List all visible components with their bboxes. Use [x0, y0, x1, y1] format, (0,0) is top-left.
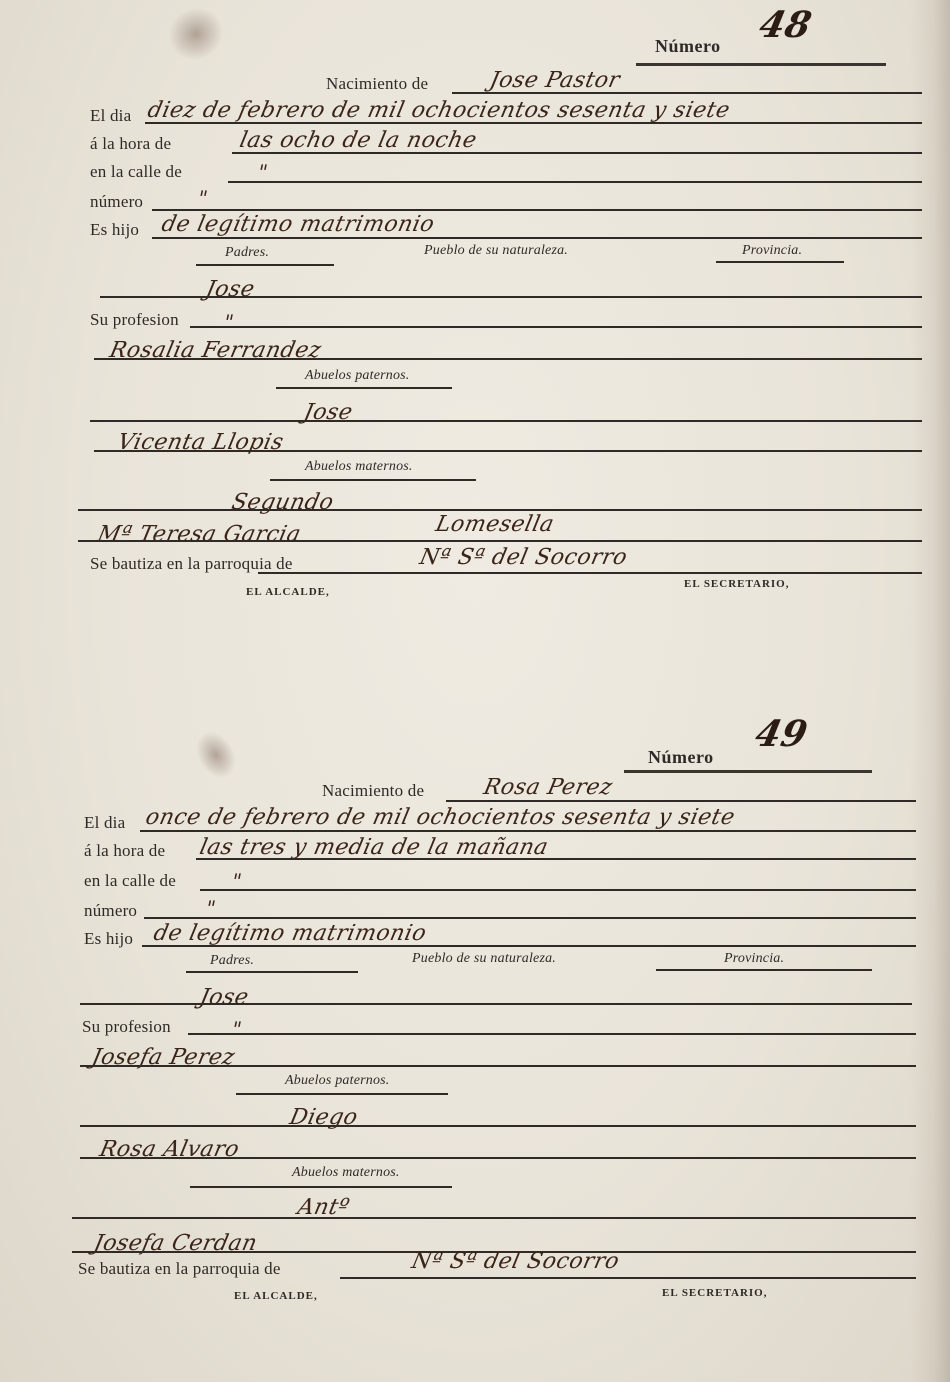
- rule: [190, 1186, 452, 1188]
- rule: [152, 237, 922, 239]
- ink-smudge: [188, 724, 244, 785]
- es-hijo-label: Es hijo: [90, 220, 139, 240]
- rule: [656, 969, 872, 971]
- profesion-label: Su profesion: [82, 1017, 171, 1037]
- abuelos-paternos-label: Abuelos paternos.: [285, 1073, 390, 1089]
- maternal-grandfather: Segundo: [229, 490, 336, 515]
- rule: [140, 830, 916, 832]
- rule: [152, 209, 922, 211]
- rule: [80, 1003, 912, 1005]
- rule: [446, 800, 916, 802]
- hora-label: á la hora de: [90, 134, 171, 154]
- parish: Nª Sª del Socorro: [417, 545, 629, 570]
- rule: [276, 387, 452, 389]
- rule: [186, 971, 358, 973]
- maternal-grandmother: Mª Teresa Garcia: [95, 522, 303, 547]
- rule: [80, 1157, 916, 1159]
- provincia-label: Provincia.: [724, 951, 784, 967]
- numero-underline: [624, 770, 872, 773]
- es-hijo-label: Es hijo: [84, 929, 133, 949]
- parish: Nª Sª del Socorro: [409, 1249, 621, 1274]
- rule: [80, 1065, 916, 1067]
- rule: [78, 540, 922, 542]
- secretario-signature-label: EL SECRETARIO,: [684, 578, 790, 590]
- alcalde-signature-label: EL ALCALDE,: [246, 586, 330, 598]
- numero-label: Número: [648, 747, 714, 768]
- numero-field-label: número: [84, 901, 137, 921]
- rule: [72, 1217, 916, 1219]
- numero-label: Número: [655, 36, 721, 57]
- profession: ": [229, 1017, 244, 1041]
- rule: [90, 420, 922, 422]
- birth-time: las tres y media de la mañana: [197, 835, 550, 860]
- record-number: 48: [756, 4, 816, 46]
- birth-date: once de febrero de mil ochocientos sesen…: [143, 805, 737, 830]
- numero-underline: [636, 63, 886, 66]
- legitimacy: de legítimo matrimonio: [151, 921, 429, 946]
- record-number: 49: [752, 713, 812, 755]
- birth-date: diez de febrero de mil ochocientos sesen…: [145, 98, 732, 123]
- abuelos-maternos-label: Abuelos maternos.: [305, 459, 413, 475]
- rule: [340, 1277, 916, 1279]
- rule: [145, 122, 922, 124]
- rule: [188, 1033, 916, 1035]
- calle-label: en la calle de: [84, 871, 176, 891]
- numero-field-label: número: [90, 192, 143, 212]
- birth-time: las ocho de la noche: [237, 128, 479, 153]
- rule: [270, 479, 476, 481]
- street-number: ": [195, 186, 210, 210]
- rule: [94, 358, 922, 360]
- padres-label: Padres.: [210, 953, 254, 969]
- el-dia-label: El dia: [90, 106, 131, 126]
- rule: [452, 92, 922, 94]
- provincia-label: Provincia.: [742, 243, 802, 259]
- rule: [94, 450, 922, 452]
- rule: [190, 326, 922, 328]
- rule: [144, 917, 916, 919]
- el-dia-label: El dia: [84, 813, 125, 833]
- legitimacy: de legítimo matrimonio: [159, 212, 437, 237]
- calle-label: en la calle de: [90, 162, 182, 182]
- rule: [232, 152, 922, 154]
- parroquia-label: Se bautiza en la parroquia de: [90, 554, 293, 574]
- padres-label: Padres.: [225, 245, 269, 261]
- pueblo-note: Lomesella: [433, 512, 556, 537]
- alcalde-signature-label: EL ALCALDE,: [234, 1290, 318, 1302]
- child-name: Rosa Perez: [481, 775, 614, 800]
- child-name: Jose Pastor: [487, 68, 622, 93]
- ink-smudge: [159, 0, 233, 71]
- rule: [236, 1093, 448, 1095]
- rule: [80, 1125, 916, 1127]
- rule: [196, 858, 916, 860]
- father-name: Jose: [203, 277, 257, 302]
- nacimiento-de-label: Nacimiento de: [326, 74, 428, 94]
- rule: [196, 264, 334, 266]
- rule: [78, 509, 922, 511]
- rule: [716, 261, 844, 263]
- rule: [228, 181, 922, 183]
- rule: [200, 889, 916, 891]
- parroquia-label: Se bautiza en la parroquia de: [78, 1259, 281, 1279]
- pueblo-label: Pueblo de su naturaleza.: [424, 243, 568, 259]
- hora-label: á la hora de: [84, 841, 165, 861]
- page-edge-shadow: [910, 0, 950, 1382]
- rule: [142, 945, 916, 947]
- pueblo-label: Pueblo de su naturaleza.: [412, 951, 556, 967]
- father-name: Jose: [197, 985, 251, 1010]
- profesion-label: Su profesion: [90, 310, 179, 330]
- rule: [258, 572, 922, 574]
- abuelos-maternos-label: Abuelos maternos.: [292, 1165, 400, 1181]
- abuelos-paternos-label: Abuelos paternos.: [305, 368, 410, 384]
- secretario-signature-label: EL SECRETARIO,: [662, 1287, 768, 1299]
- profession: ": [221, 310, 236, 334]
- rule: [100, 296, 922, 298]
- nacimiento-de-label: Nacimiento de: [322, 781, 424, 801]
